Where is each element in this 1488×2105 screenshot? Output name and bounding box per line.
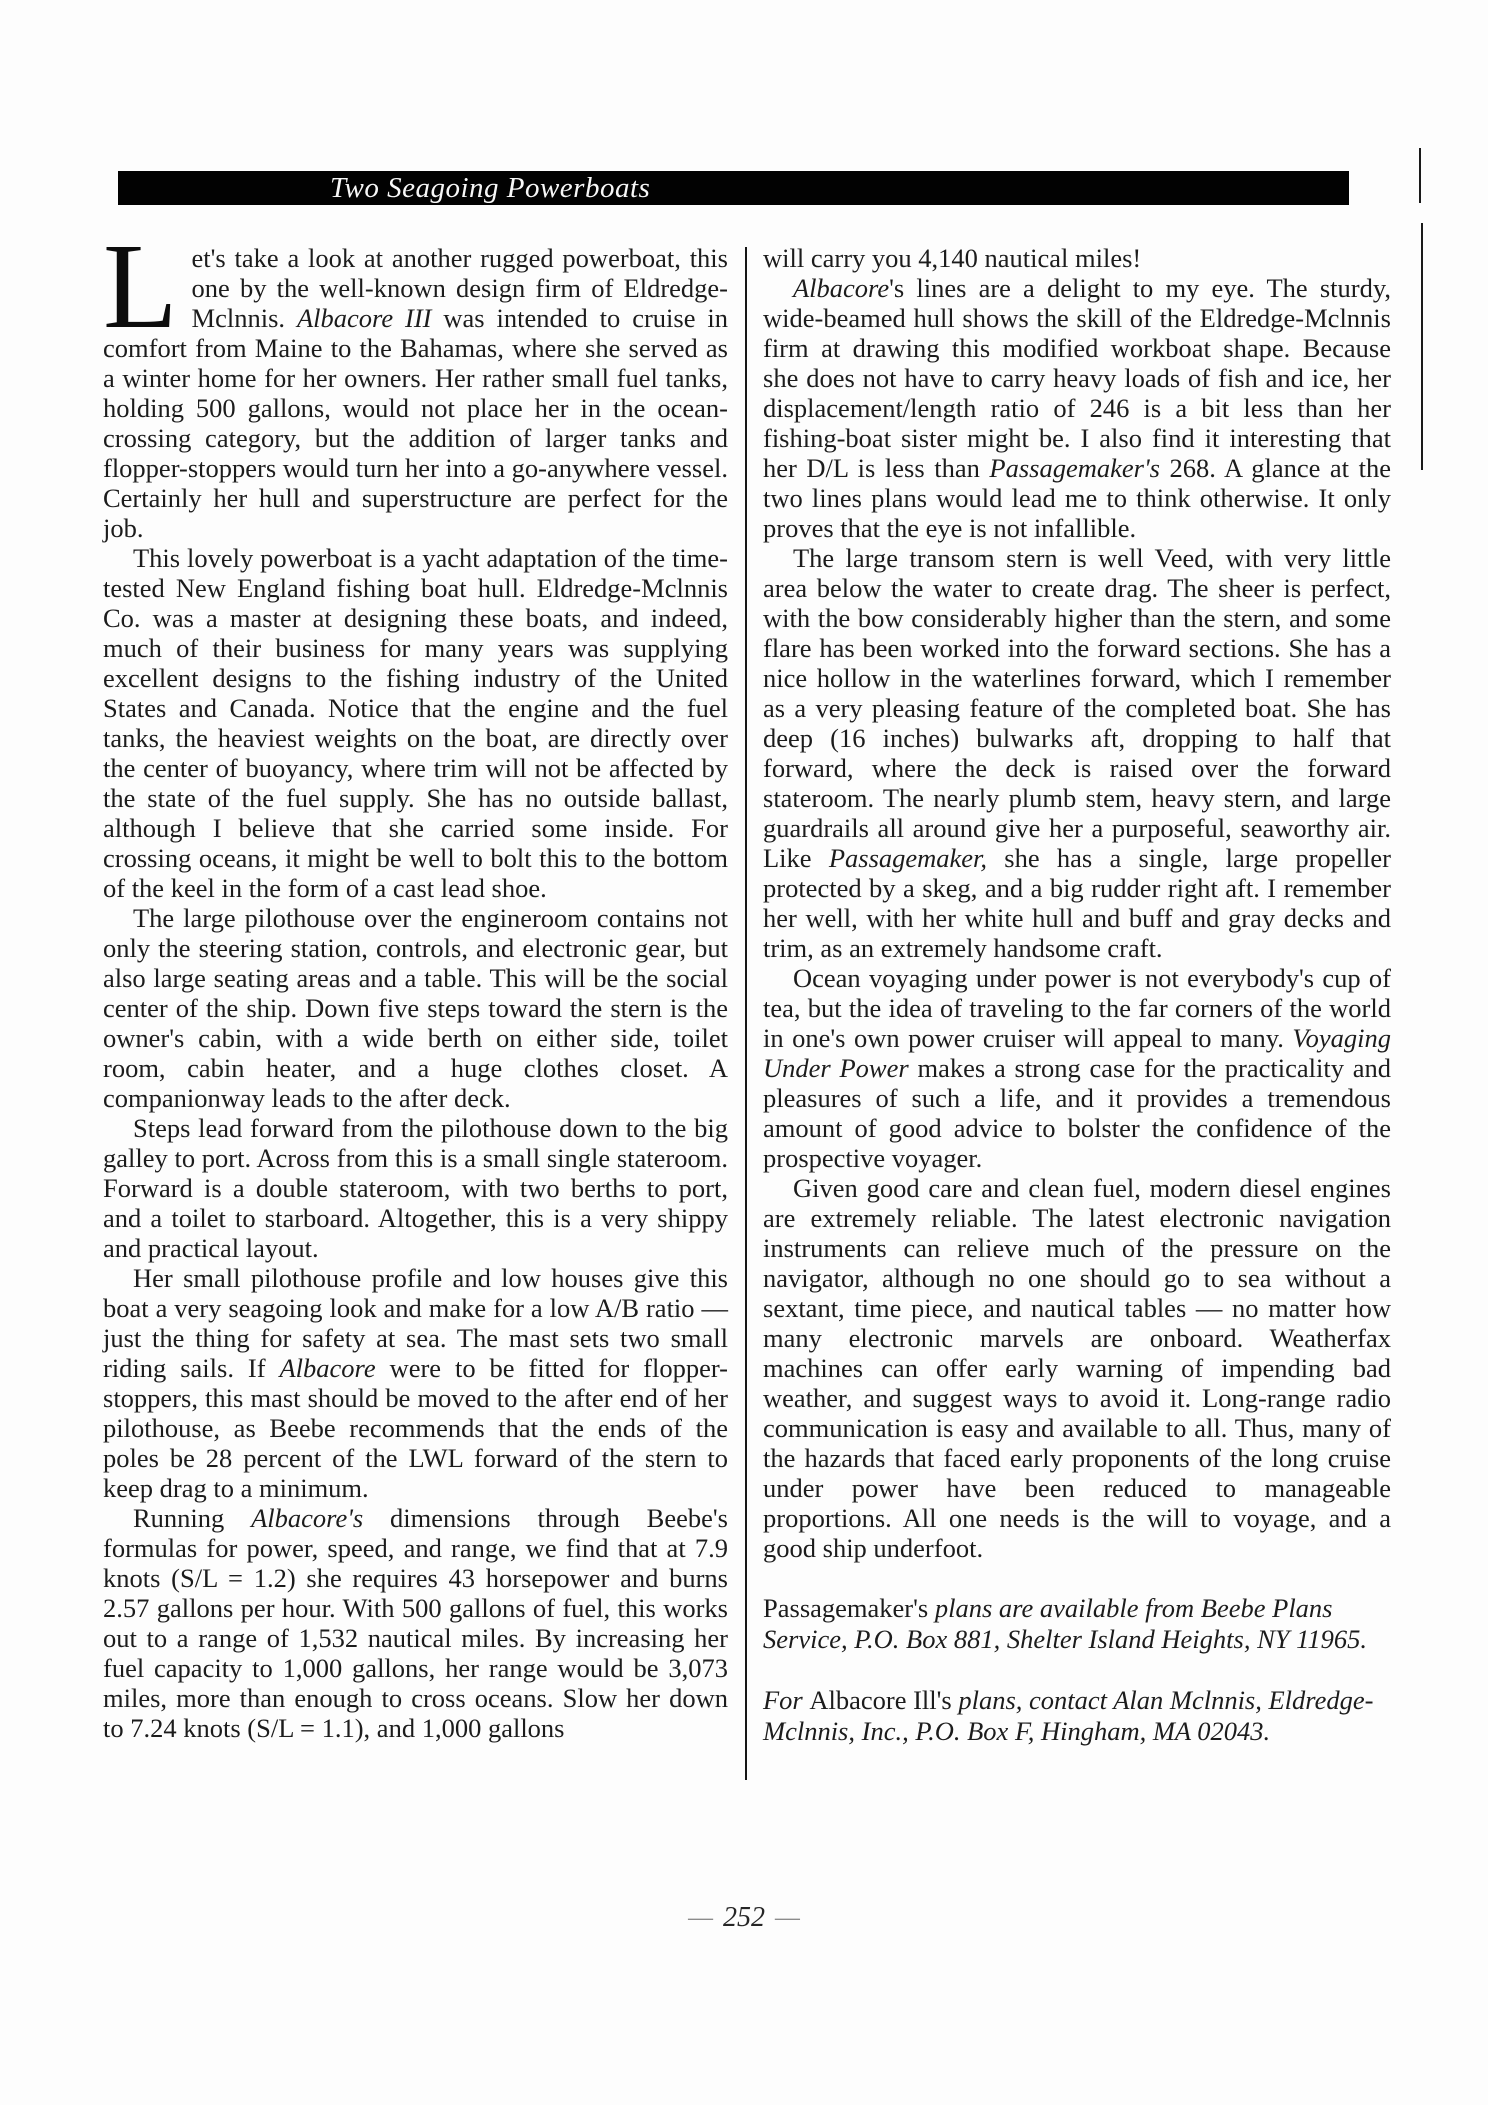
text-run: The large transom stern is well Veed, wi… xyxy=(763,543,1391,873)
page-number: —252— xyxy=(0,1902,1488,1934)
italic-text-run: For xyxy=(763,1685,809,1715)
page-number-value: 252 xyxy=(723,1902,765,1933)
page-number-dash: — xyxy=(775,1902,800,1933)
footnote-paragraph: For Albacore Ill's plans, contact Alan M… xyxy=(763,1685,1391,1747)
italic-text-run: Albacore xyxy=(279,1353,375,1383)
italic-text-run: Passagemaker's xyxy=(989,453,1160,483)
scan-artifact-line-top xyxy=(1419,148,1421,203)
body-paragraph: Given good care and clean fuel, modern d… xyxy=(763,1173,1391,1563)
body-paragraph: This lovely powerboat is a yacht adaptat… xyxy=(103,543,728,903)
body-paragraph: Her small pilothouse profile and low hou… xyxy=(103,1263,728,1503)
italic-text-run: Albacore xyxy=(793,273,889,303)
text-run: This lovely powerboat is a yacht adaptat… xyxy=(103,543,728,903)
chapter-title: Two Seagoing Powerboats xyxy=(330,172,650,205)
italic-text-run: Passagemaker, xyxy=(829,843,987,873)
italic-text-run: Albacore's xyxy=(251,1503,363,1533)
body-paragraph: Ocean voyaging under power is not everyb… xyxy=(763,963,1391,1173)
text-run: Albacore Ill's xyxy=(809,1685,958,1715)
body-paragraph: The large transom stern is well Veed, wi… xyxy=(763,543,1391,963)
column-divider-rule xyxy=(745,247,747,1780)
body-paragraph: Albacore's lines are a delight to my eye… xyxy=(763,273,1391,543)
left-column: Let's take a look at another rugged powe… xyxy=(103,243,728,1743)
text-run: was intended to cruise in comfort from M… xyxy=(103,303,728,543)
text-run: 's lines are a delight to my eye. The st… xyxy=(763,273,1391,483)
text-run: will carry you 4,140 nautical miles! xyxy=(763,243,1141,273)
italic-text-run: Albacore III xyxy=(297,303,432,333)
text-run: The large pilothouse over the engineroom… xyxy=(103,903,728,1113)
page-number-dash: — xyxy=(688,1902,713,1933)
body-paragraph: will carry you 4,140 nautical miles! xyxy=(763,243,1391,273)
right-column: will carry you 4,140 nautical miles!Alba… xyxy=(763,243,1391,1747)
text-run: Steps lead forward from the pilothouse d… xyxy=(103,1113,728,1263)
chapter-header-bar: Two Seagoing Powerboats xyxy=(118,171,1349,205)
book-page: Two Seagoing Powerboats Let's take a loo… xyxy=(0,0,1488,2105)
text-run: dimensions through Beebe's formulas for … xyxy=(103,1503,728,1743)
scan-artifact-line-bottom xyxy=(1421,223,1423,470)
text-run: Given good care and clean fuel, modern d… xyxy=(763,1173,1391,1563)
text-run: Running xyxy=(133,1503,251,1533)
drop-cap-letter: L xyxy=(103,246,178,330)
body-paragraph: Let's take a look at another rugged powe… xyxy=(103,243,728,543)
footnote-paragraph: Passagemaker's plans are available from … xyxy=(763,1593,1391,1655)
body-paragraph: Steps lead forward from the pilothouse d… xyxy=(103,1113,728,1263)
text-run: Passagemaker's xyxy=(763,1593,935,1623)
body-paragraph: Running Albacore's dimensions through Be… xyxy=(103,1503,728,1743)
body-paragraph: The large pilothouse over the engineroom… xyxy=(103,903,728,1113)
